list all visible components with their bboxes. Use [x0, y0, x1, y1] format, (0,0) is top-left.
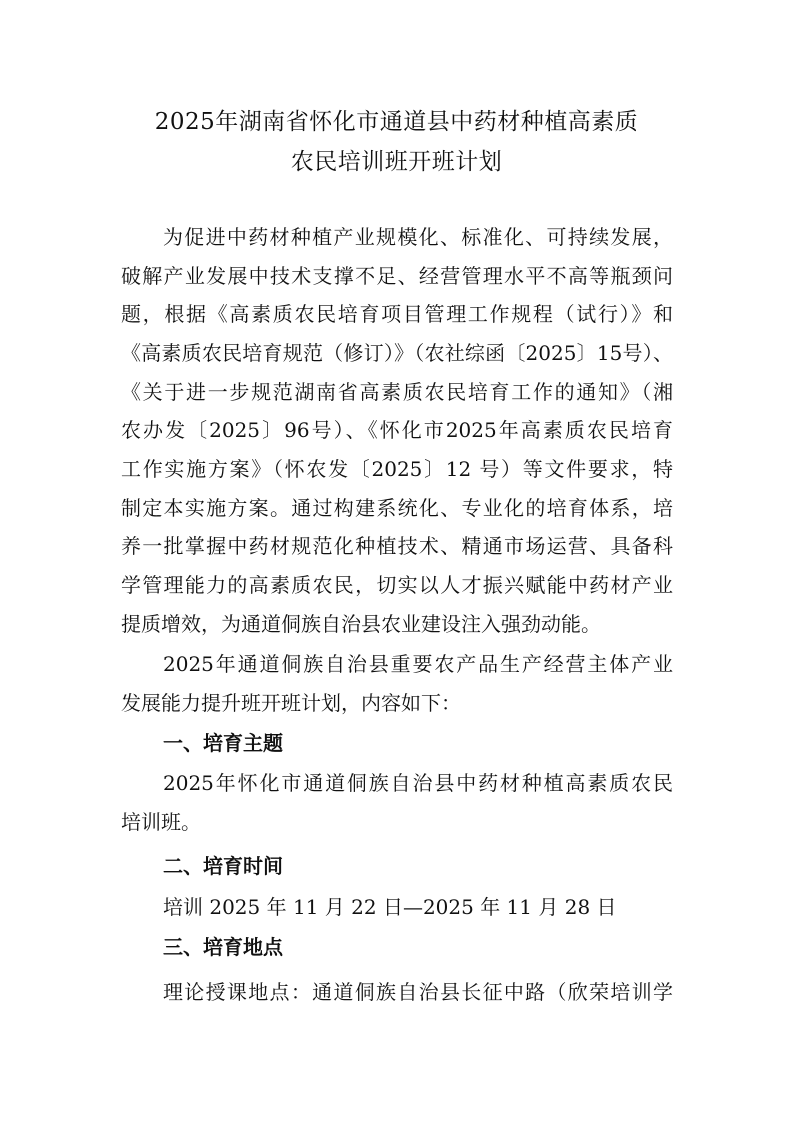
paragraph-line: 破解产业发展中技术支撑不足、经营管理水平不高等瓶颈问 [121, 261, 673, 291]
document-title-line-2: 农民培训班开班计划 [0, 143, 793, 176]
paragraph-line: 提质增效，为通道侗族自治县农业建设注入强劲动能。 [121, 609, 673, 639]
section-heading: 一、培育主题 [163, 728, 283, 758]
paragraph-line: 为促进中药材种植产业规模化、标准化、可持续发展， [163, 222, 673, 252]
paragraph-line: 学管理能力的高素质农民，切实以人才振兴赋能中药材产业 [121, 570, 673, 600]
paragraph-line: 题，根据《高素质农民培育项目管理工作规程（试行）》和 [121, 299, 673, 329]
paragraph-line: 发展能力提升班开班计划，内容如下： [121, 688, 673, 718]
paragraph-line: 理论授课地点：通道侗族自治县长征中路（欣荣培训学 [163, 977, 673, 1007]
paragraph-line: 培训 2025 年 11 月 22 日—2025 年 11 月 28 日 [163, 892, 673, 922]
paragraph-line: 《关于进一步规范湖南省高素质农民培育工作的通知》（湘 [121, 377, 673, 407]
document-title-line-1: 2025年湖南省怀化市通道县中药材种植高素质 [0, 103, 793, 136]
section-heading: 三、培育地点 [163, 932, 283, 962]
paragraph-line: 《高素质农民培育规范（修订）》（农社综函〔2025〕15号）、 [121, 338, 673, 368]
paragraph-line: 农办发〔2025〕96号）、《怀化市2025年高素质农民培育 [121, 415, 673, 445]
paragraph-line: 2025年怀化市通道侗族自治县中药材种植高素质农民 [163, 768, 673, 798]
document-page: 2025年湖南省怀化市通道县中药材种植高素质 农民培训班开班计划 为促进中药材种… [0, 0, 793, 1122]
paragraph-line: 培训班。 [121, 807, 673, 837]
paragraph-line: 养一批掌握中药材规范化种植技术、精通市场运营、具备科 [121, 531, 673, 561]
paragraph-line: 2025年通道侗族自治县重要农产品生产经营主体产业 [163, 649, 673, 679]
paragraph-line: 制定本实施方案。通过构建系统化、专业化的培育体系，培 [121, 493, 673, 523]
section-heading: 二、培育时间 [163, 851, 283, 881]
paragraph-line: 工作实施方案》（怀农发〔2025〕12 号）等文件要求，特 [121, 454, 673, 484]
